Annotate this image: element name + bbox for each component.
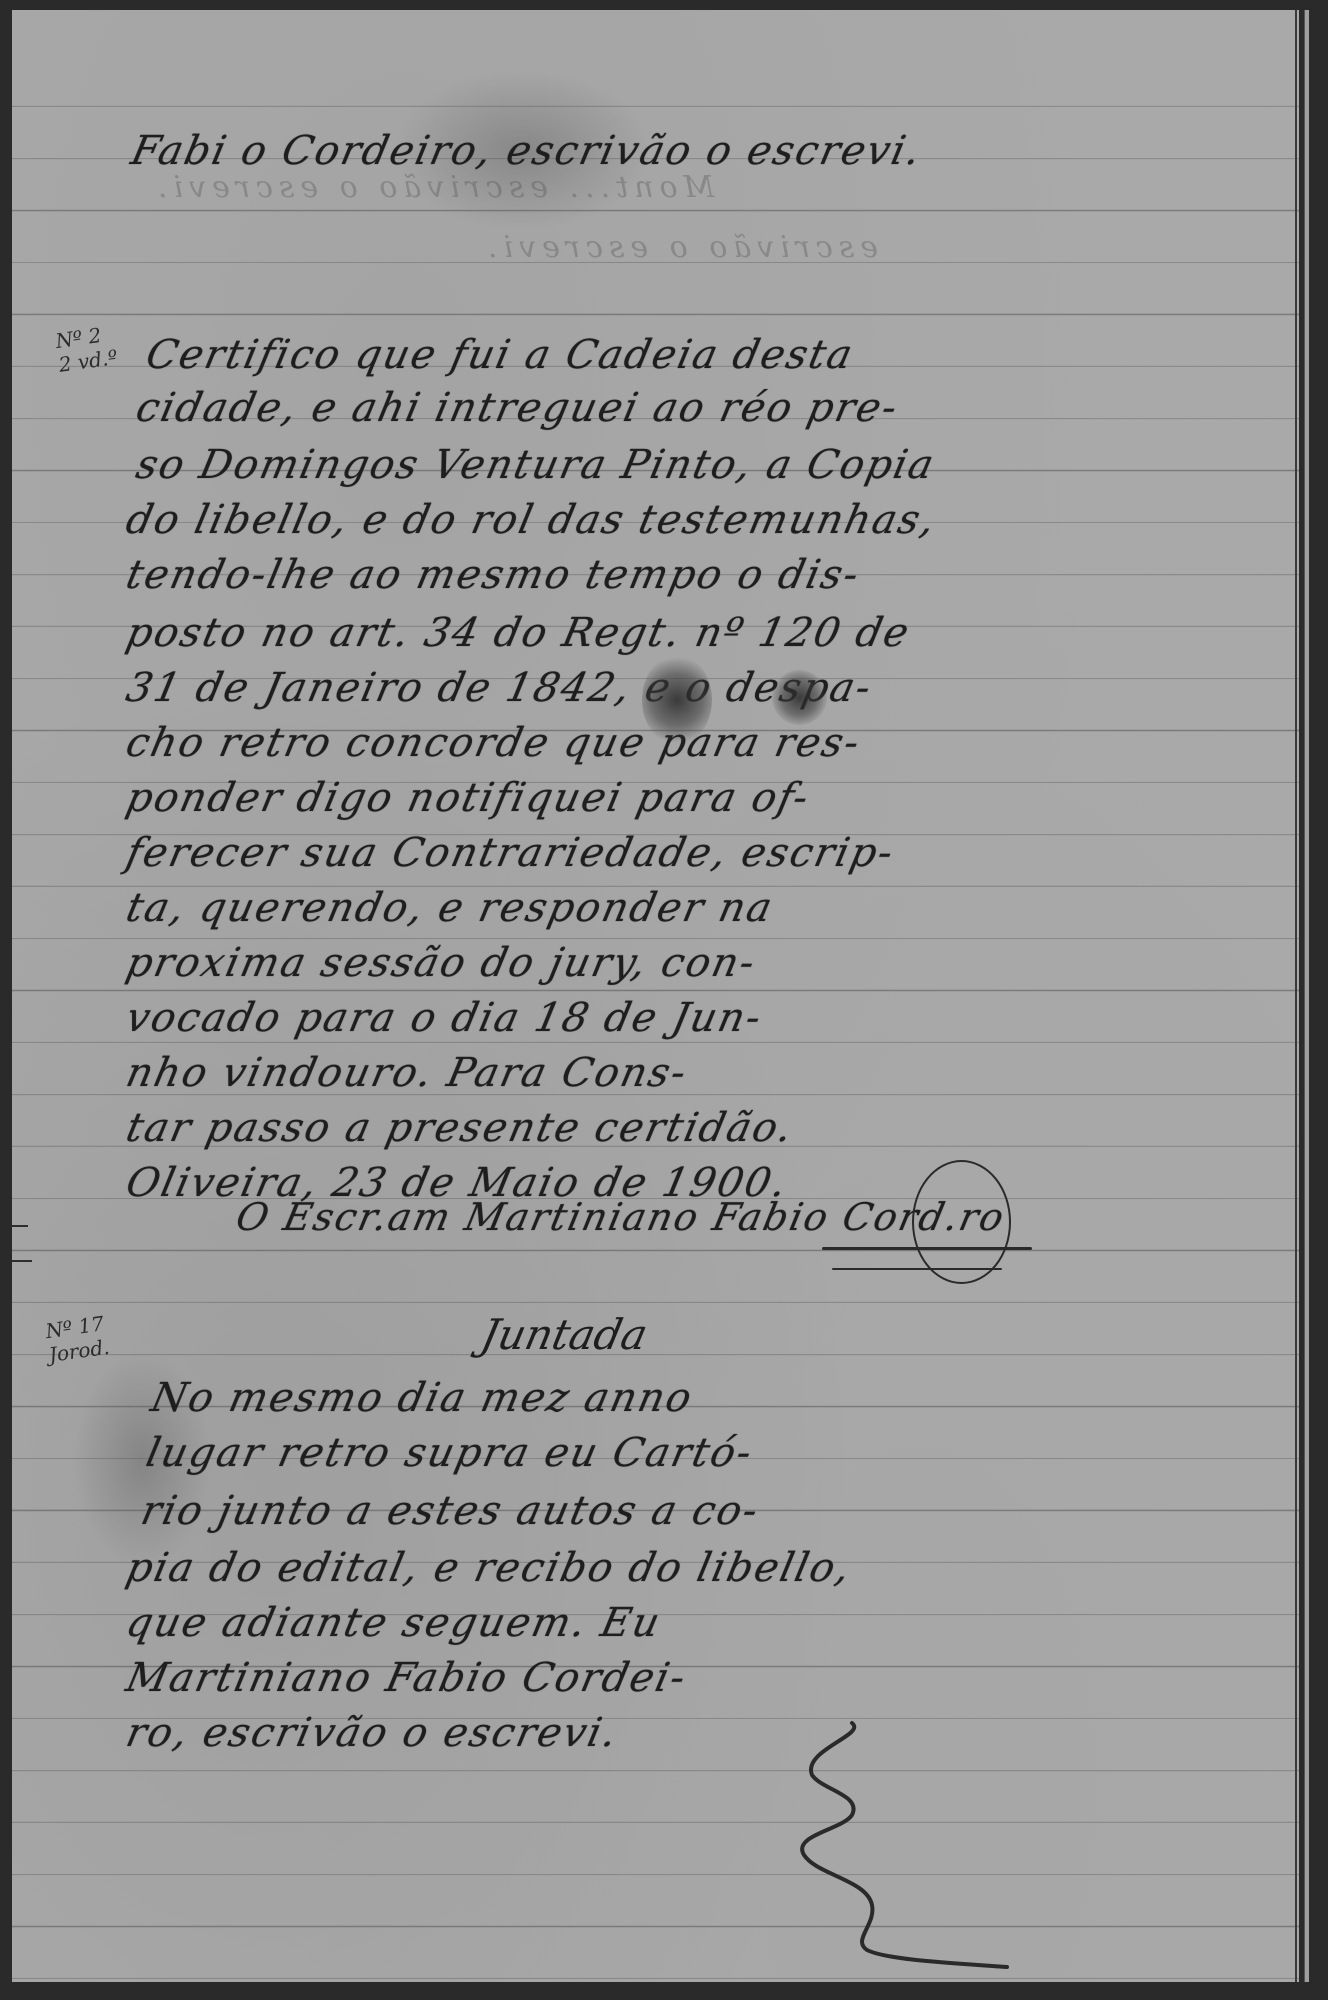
bleed-through-line: escrivão o escrevi. (482, 230, 878, 265)
wavy-line-flourish-icon (792, 1715, 1052, 1975)
certificate-line: Certifico que fui a Cadeia desta (142, 332, 858, 378)
certificate-line: vocado para o dia 18 de Jun- (122, 995, 767, 1041)
signature-underline (832, 1268, 1002, 1270)
certificate-line: cidade, e ahi intreguei ao réo pre- (132, 385, 903, 431)
certificate-line: cho retro concorde que para res- (122, 720, 865, 766)
certificate-line: nho vindouro. Para Cons- (122, 1050, 692, 1096)
juntada-title: Juntada (477, 1310, 652, 1359)
manuscript-page: Mont... escrivão o escrevi. escrivão o e… (12, 10, 1309, 1982)
juntada-line: lugar retro supra eu Cartó- (142, 1430, 757, 1476)
certificate-line: 31 de Janeiro de 1842, e o despa- (122, 665, 877, 711)
juntada-line: rio junto a estes autos a co- (137, 1488, 764, 1534)
certificate-line: so Domingos Ventura Pinto, a Copia (132, 442, 939, 488)
facing-page-strip (1304, 10, 1309, 1982)
juntada-line: pia do edital, e recibo do libello, (122, 1545, 856, 1591)
certificate-line: ta, querendo, e responder na (122, 885, 778, 931)
certificate-line: proxima sessão do jury, con- (122, 940, 760, 986)
certificate-line: ponder digo notifiquei para of- (122, 775, 814, 821)
header-fragment-line: Fabi o Cordeiro, escrivão o escrevi. (127, 128, 926, 174)
certificate-line: tendo-lhe ao mesmo tempo o dis- (122, 552, 864, 598)
margin-tick (12, 1260, 32, 1262)
certificate-line: ferecer sua Contrariedade, escrip- (122, 830, 899, 876)
juntada-line: Martiniano Fabio Cordei- (122, 1655, 691, 1701)
signature-underline (822, 1247, 1032, 1250)
certificate-signature: O Escr.am Martiniano Fabio Cord.ro (232, 1195, 1009, 1239)
ink-blot-icon (772, 670, 827, 725)
juntada-line: No mesmo dia mez anno (147, 1375, 697, 1421)
juntada-line: que adiante seguem. Eu (122, 1600, 665, 1646)
certificate-margin-note: Nº 2 2 vd.º (54, 321, 119, 377)
juntada-margin-note: Nº 17 Jorod. (44, 1311, 111, 1367)
certificate-line: tar passo a presente certidão. (122, 1105, 798, 1151)
circle-seal-icon (912, 1160, 1011, 1284)
ink-blot-icon (642, 655, 712, 745)
certificate-line: do libello, e do rol das testemunhas, (122, 497, 941, 543)
margin-tick (12, 1225, 28, 1227)
juntada-line: ro, escrivão o escrevi. (122, 1710, 622, 1756)
bleed-through-line: Mont... escrivão o escrevi. (152, 170, 714, 205)
binding-edge-line (1295, 10, 1297, 1982)
certificate-line: posto no art. 34 do Regt. nº 120 de (122, 610, 914, 656)
